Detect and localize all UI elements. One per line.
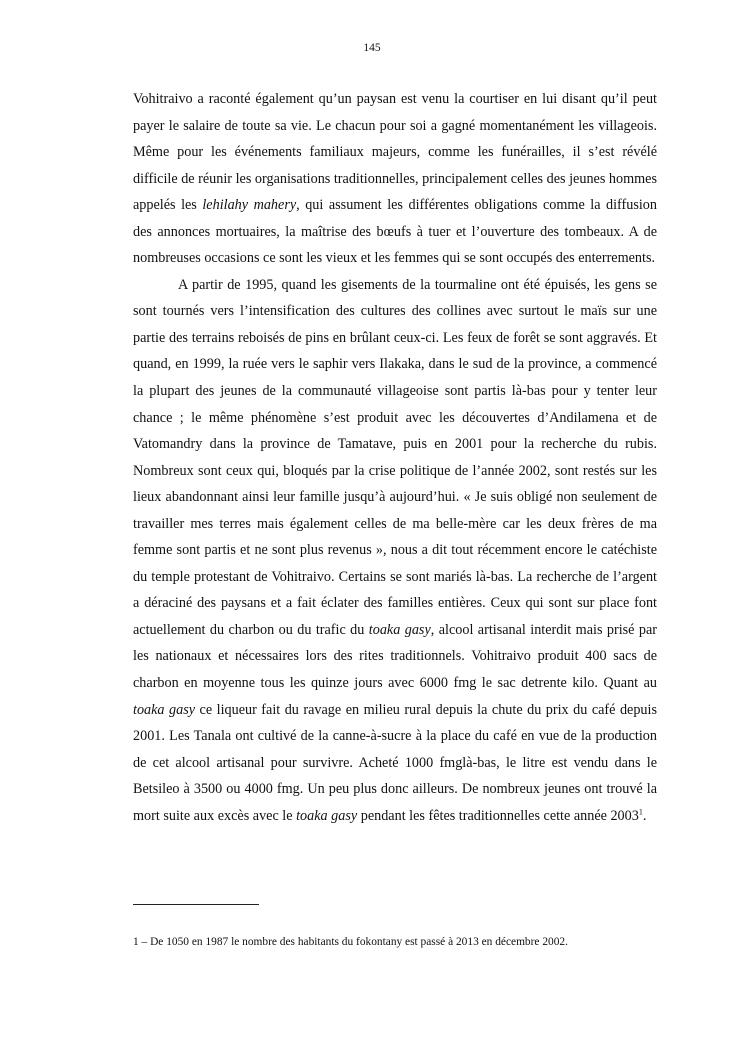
- paragraph-2-text-c: ce liqueur fait du ravage en milieu rura…: [133, 702, 657, 824]
- paragraph-1: Vohitraivo a raconté également qu’un pay…: [133, 86, 657, 272]
- paragraph-2-text-a: A partir de 1995, quand les gisements de…: [133, 277, 657, 638]
- term-lehilahy-mahery: lehilahy mahery: [202, 197, 296, 213]
- body-text: Vohitraivo a raconté également qu’un pay…: [133, 86, 657, 829]
- term-toaka-gasy-1: toaka gasy: [369, 622, 431, 638]
- page-number: 145: [0, 42, 744, 54]
- paragraph-2-text-d: pendant les fêtes traditionnelles cette …: [357, 808, 639, 824]
- paragraph-2-text-e: .: [643, 808, 647, 824]
- term-toaka-gasy-2: toaka gasy: [133, 702, 195, 718]
- footnote-separator: [133, 904, 259, 905]
- paragraph-2: A partir de 1995, quand les gisements de…: [133, 272, 657, 829]
- footnote-1: 1 – De 1050 en 1987 le nombre des habita…: [133, 935, 693, 949]
- paragraph-1-text-a: Vohitraivo a raconté également qu’un pay…: [133, 91, 657, 213]
- term-toaka-gasy-3: toaka gasy: [296, 808, 357, 824]
